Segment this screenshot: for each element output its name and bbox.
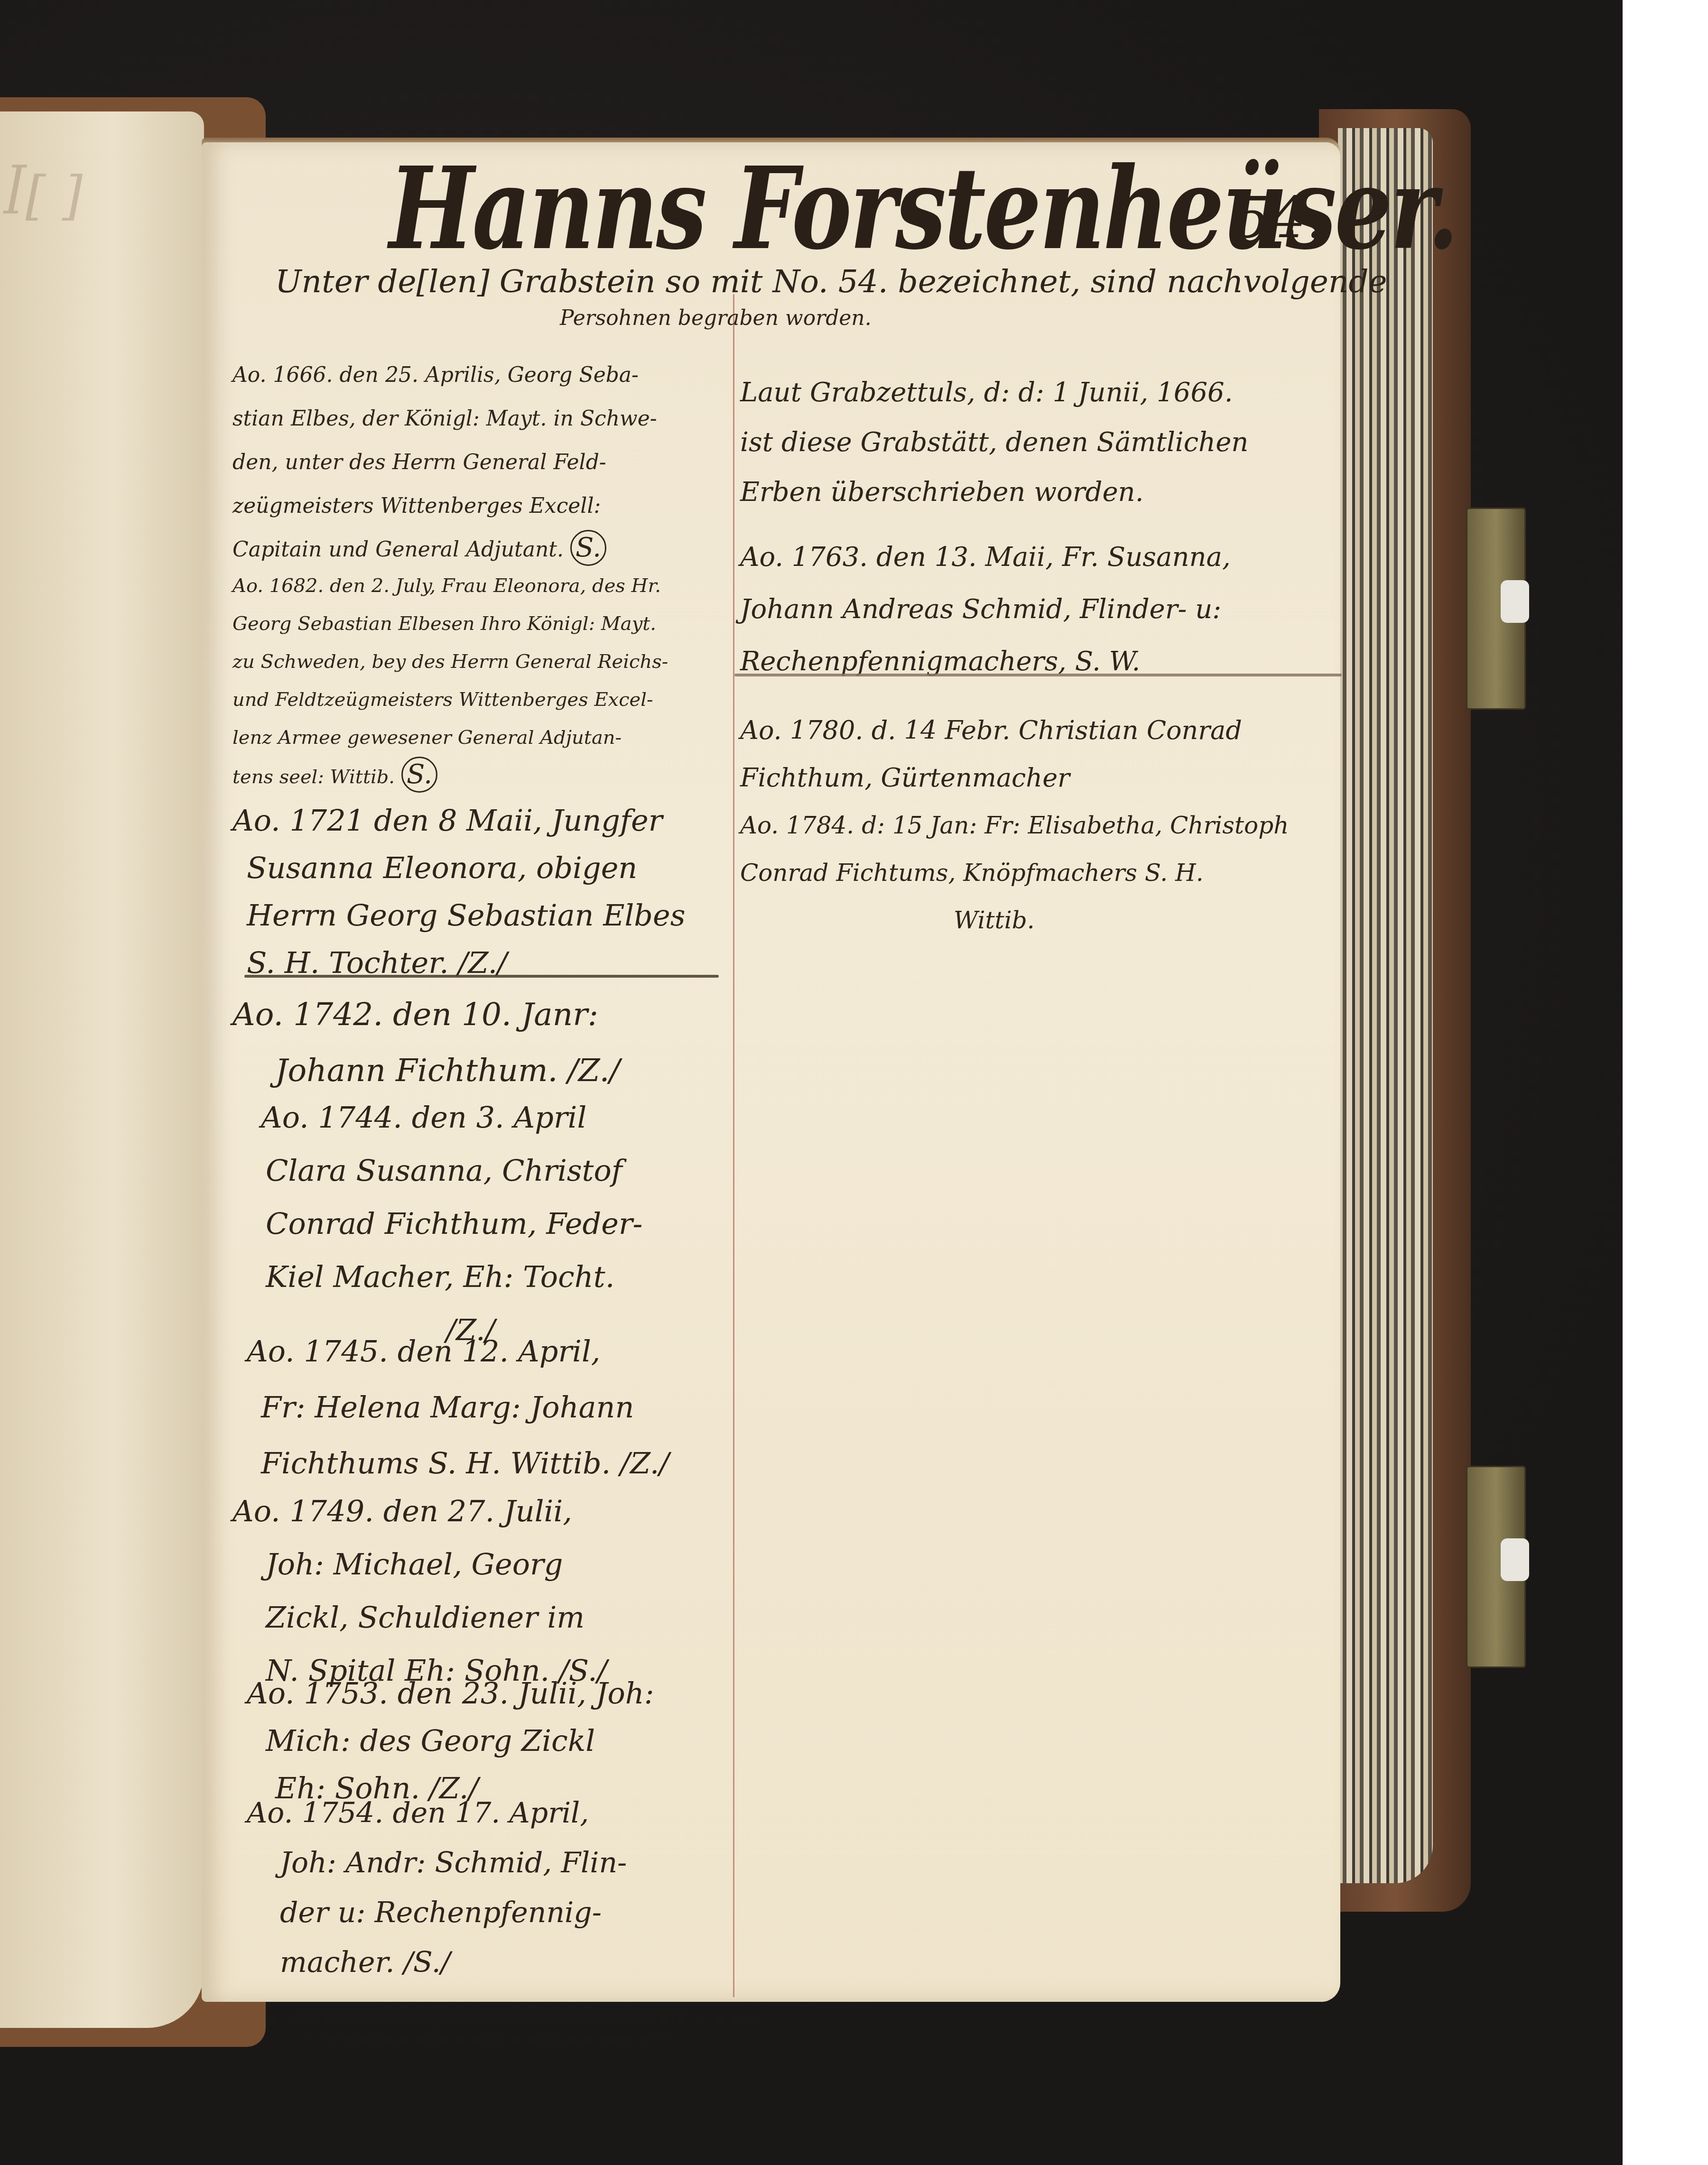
facing-page: ꟾ[ ] [0, 111, 204, 2028]
entry-1744: Ao. 1744. den 3. April Clara Susanna, Ch… [232, 1091, 642, 1357]
entry-1721: Ao. 1721 den 8 Maii, Jungfer Susanna Ele… [232, 797, 686, 987]
clasp-knob [1501, 1538, 1529, 1581]
entry-1666: Ao. 1666. den 25. Aprilis, Georg Seba- s… [232, 353, 657, 572]
section-rule [734, 674, 1342, 676]
circled-mark: S. [570, 530, 606, 566]
entry-1745: Ao. 1745. den 12. April, Fr: Helena Marg… [232, 1323, 669, 1491]
page-number: 54. [1234, 185, 1324, 251]
bleed-through-text: ꟾ[ ] [5, 159, 185, 232]
column-divider-rule [733, 294, 734, 1997]
page-fore-edge [1338, 128, 1433, 1883]
entry-grave-deed: Laut Grabzettuls, d: d: 1 Junii, 1666. i… [740, 368, 1248, 517]
brass-clasp-lower [1466, 1466, 1526, 1668]
clasp-knob [1501, 580, 1529, 623]
heading-line-2: Persohnen begraben worden. [560, 306, 872, 330]
entry-1780: Ao. 1780. d. 14 Febr. Christian Conrad F… [740, 707, 1242, 802]
entry-1754: Ao. 1754. den 17. April, Joh: Andr: Schm… [232, 1788, 627, 1988]
brass-clasp-upper [1466, 508, 1526, 710]
entry-1763: Ao. 1763. den 13. Maii, Fr. Susanna, Joh… [740, 531, 1231, 688]
entry-1749: Ao. 1749. den 27. Julii, Joh: Michael, G… [232, 1485, 607, 1697]
entry-1784: Ao. 1784. d: 15 Jan: Fr: Elisabetha, Chr… [740, 802, 1289, 944]
circled-mark: S. [401, 757, 437, 793]
entry-1742: Ao. 1742. den 10. Janr: Johann Fichthum.… [232, 987, 620, 1099]
heading-line-1: Unter de[len] Grabstein so mit No. 54. b… [275, 263, 1387, 300]
section-rule [244, 975, 719, 978]
entry-1682: Ao. 1682. den 2. July, Frau Eleonora, de… [232, 567, 668, 796]
